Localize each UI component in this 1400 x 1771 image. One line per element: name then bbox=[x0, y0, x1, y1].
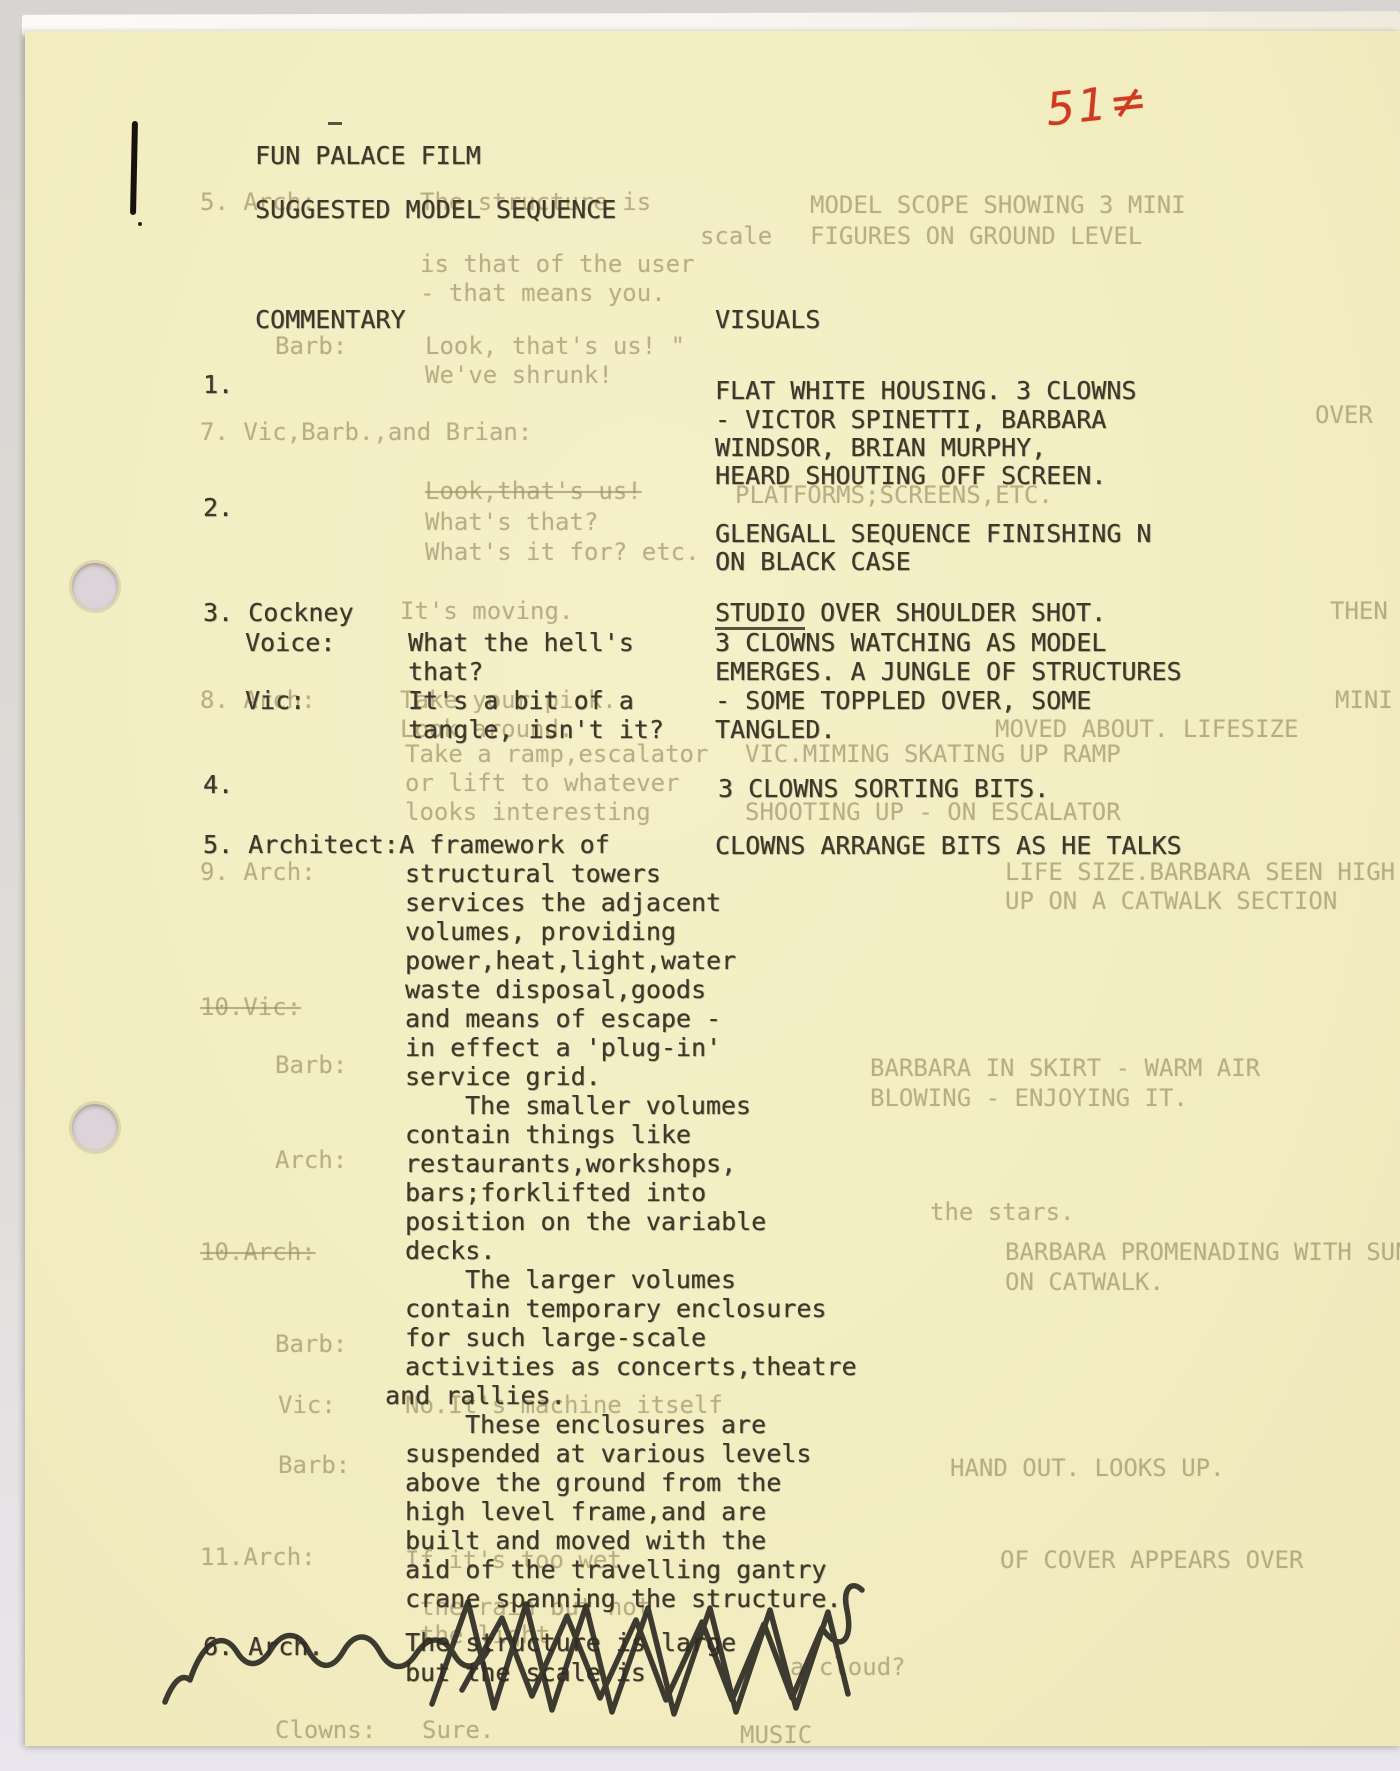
typed-line: above the ground from the bbox=[405, 1470, 781, 1495]
typed-line: GLENGALL SEQUENCE FINISHING N bbox=[715, 521, 1152, 546]
typed-line: contain temporary enclosures bbox=[405, 1296, 826, 1321]
typed-line: WINDSOR, BRIAN MURPHY, bbox=[715, 435, 1046, 460]
ghost-line: SHOOTING UP - ON ESCALATOR bbox=[745, 800, 1121, 824]
ghost-line: It's moving. bbox=[400, 599, 573, 623]
typed-line: waste disposal,goods bbox=[405, 977, 706, 1002]
typed-line: 3 CLOWNS SORTING BITS. bbox=[718, 776, 1049, 801]
typed-line: HEARD SHOUTING OFF SCREEN. bbox=[715, 463, 1106, 488]
ghost-line: THEN bbox=[1330, 599, 1388, 623]
ghost-line: MOVED ABOUT. LIFESIZE bbox=[995, 717, 1298, 741]
ghost-line: BARBARA IN SKIRT - WARM AIR bbox=[870, 1056, 1260, 1080]
pen-dot bbox=[138, 222, 142, 226]
typed-line: service grid. bbox=[405, 1064, 601, 1089]
red-page-number-annotation: 51≠ bbox=[1044, 73, 1153, 137]
ghost-line: Vic: bbox=[278, 1393, 336, 1417]
typed-line: A framework of bbox=[399, 832, 610, 857]
typed-line: SUGGESTED MODEL SEQUENCE bbox=[255, 197, 616, 222]
typed-line: crane spanning the structure. bbox=[405, 1586, 842, 1611]
punch-hole-top bbox=[72, 563, 118, 610]
typed-line: - SOME TOPPLED OVER, SOME bbox=[715, 688, 1091, 713]
ghost-line: What's it for? etc. bbox=[425, 540, 700, 564]
ghost-line: Barb: bbox=[275, 334, 347, 358]
typed-line: 1. bbox=[203, 372, 233, 397]
typed-line: 3. Cockney bbox=[203, 600, 354, 625]
ghost-line: MINI bbox=[1335, 688, 1393, 712]
typed-line: services the adjacent bbox=[405, 890, 721, 915]
typed-line: 3 CLOWNS WATCHING AS MODEL bbox=[715, 630, 1106, 655]
typed-line: power,heat,light,water bbox=[405, 948, 736, 973]
typed-line: ON BLACK CASE bbox=[715, 549, 911, 574]
typed-line: TANGLED. bbox=[715, 717, 835, 742]
ghost-line: looks interesting bbox=[405, 800, 651, 824]
typed-line: The smaller volumes bbox=[465, 1093, 751, 1118]
ghost-line: the stars. bbox=[930, 1200, 1075, 1224]
typed-line: high level frame,and are bbox=[405, 1499, 766, 1524]
typed-line: The structure is large bbox=[405, 1630, 736, 1655]
typed-line: These enclosures are bbox=[465, 1412, 766, 1437]
typed-line: volumes, providing bbox=[405, 919, 676, 944]
typed-line: suspended at various levels bbox=[405, 1441, 811, 1466]
ghost-line: UP ON A CATWALK SECTION bbox=[1005, 889, 1337, 913]
typed-line: It's a bit of a bbox=[408, 688, 634, 713]
ghost-line: Barb: bbox=[275, 1332, 347, 1356]
ghost-line: VIC.MIMING SKATING UP RAMP bbox=[745, 742, 1121, 766]
typed-line: aid of the travelling gantry bbox=[405, 1557, 826, 1582]
ghost-line: 9. Arch: bbox=[200, 860, 316, 884]
typed-line: STUDIO bbox=[715, 600, 805, 630]
ghost-line: Look, that's us! " bbox=[425, 334, 685, 358]
typed-line: and means of escape - bbox=[405, 1006, 721, 1031]
typed-line: 4. bbox=[203, 772, 233, 797]
typed-line: restaurants,workshops, bbox=[405, 1151, 736, 1176]
ghost-line: BLOWING - ENJOYING IT. bbox=[870, 1086, 1188, 1110]
ghost-line: Clowns: bbox=[275, 1718, 376, 1742]
typed-line: Voice: bbox=[245, 630, 335, 655]
typed-line: - VICTOR SPINETTI, BARBARA bbox=[715, 407, 1106, 432]
typed-line: built and moved with the bbox=[405, 1528, 766, 1553]
typed-line: EMERGES. A JUNGLE OF STRUCTURES bbox=[715, 659, 1182, 684]
typed-line: OVER SHOULDER SHOT. bbox=[805, 600, 1106, 625]
ghost-line: ON CATWALK. bbox=[1005, 1270, 1164, 1294]
ghost-line: OF COVER APPEARS OVER bbox=[1000, 1548, 1303, 1572]
ghost-line: Sure. bbox=[422, 1718, 494, 1742]
ghost-line: 11.Arch: bbox=[200, 1545, 316, 1569]
typed-line: 2. bbox=[203, 495, 233, 520]
ghost-line: 10.Vic: bbox=[200, 995, 301, 1019]
typed-line: The larger volumes bbox=[465, 1267, 736, 1292]
typed-line: FUN PALACE FILM bbox=[255, 143, 481, 168]
typed-line: FLAT WHITE HOUSING. 3 CLOWNS bbox=[715, 378, 1136, 403]
ghost-line: Look,that's us! bbox=[425, 479, 642, 503]
typed-line: decks. bbox=[405, 1238, 495, 1263]
typed-line: and rallies. bbox=[385, 1383, 566, 1408]
ghost-line: 7. Vic,Barb.,and Brian: bbox=[200, 420, 532, 444]
typed-line: that? bbox=[408, 659, 483, 684]
typed-line: for such large-scale bbox=[405, 1325, 706, 1350]
ghost-line: BARBARA PROMENADING WITH SUNSHADE bbox=[1005, 1240, 1400, 1264]
typed-line: bars;forklifted into bbox=[405, 1180, 706, 1205]
document-scan: 5. Arch:The structure isMODEL SCOPE SHOW… bbox=[0, 0, 1400, 1771]
typed-line: VISUALS bbox=[715, 307, 820, 332]
typed-line: COMMENTARY bbox=[255, 307, 406, 332]
typed-line: position on the variable bbox=[405, 1209, 766, 1234]
typed-line: structural towers bbox=[405, 861, 661, 886]
ghost-line: Barb: bbox=[275, 1053, 347, 1077]
ghost-line: Take a ramp,escalator bbox=[405, 742, 708, 766]
ghost-line: We've shrunk! bbox=[425, 363, 613, 387]
ghost-line: FIGURES ON GROUND LEVEL bbox=[810, 224, 1142, 248]
typed-line: contain things like bbox=[405, 1122, 691, 1147]
ghost-line: MODEL SCOPE SHOWING 3 MINI bbox=[810, 193, 1186, 217]
ghost-line: LIFE SIZE.BARBARA SEEN HIGH bbox=[1005, 860, 1395, 884]
typed-line: tangle, isn't it? bbox=[408, 717, 664, 742]
typed-line: activities as concerts,theatre bbox=[405, 1354, 857, 1379]
ghost-line: - that means you. bbox=[420, 281, 666, 305]
stray-typed-dash bbox=[328, 122, 342, 125]
ghost-line: is that of the user bbox=[420, 252, 695, 276]
ghost-line: a cloud? bbox=[790, 1655, 906, 1679]
ghost-line: OVER bbox=[1315, 403, 1373, 427]
typed-line: 5. Architect: bbox=[203, 832, 399, 857]
typed-line: Vic: bbox=[245, 688, 305, 713]
typed-line: 6. Arch. bbox=[203, 1634, 323, 1659]
typed-line: CLOWNS ARRANGE BITS AS HE TALKS bbox=[715, 833, 1182, 858]
typed-line: but the scale is bbox=[405, 1660, 646, 1685]
punch-hole-bottom bbox=[72, 1104, 118, 1151]
ghost-line: Arch: bbox=[275, 1148, 347, 1172]
ghost-line: Barb: bbox=[278, 1453, 350, 1477]
ghost-line: MUSIC bbox=[740, 1723, 812, 1747]
ghost-line: scale bbox=[700, 224, 772, 248]
typed-line: What the hell's bbox=[408, 630, 634, 655]
ghost-line: or lift to whatever bbox=[405, 771, 680, 795]
typed-line: in effect a 'plug-in' bbox=[405, 1035, 721, 1060]
ghost-line: What's that? bbox=[425, 510, 598, 534]
ghost-line: HAND OUT. LOOKS UP. bbox=[950, 1456, 1225, 1480]
ghost-line: 10.Arch: bbox=[200, 1240, 316, 1264]
